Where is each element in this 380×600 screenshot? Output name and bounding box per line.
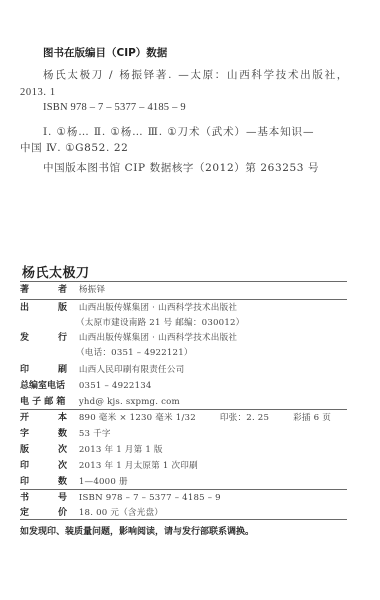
- price-label: 定价: [20, 506, 76, 520]
- isbn-value: ISBN 978 – 7 – 5377 – 4185 – 9: [79, 491, 221, 505]
- cip-isbn-line: ISBN 978 – 7 – 5377 – 4185 – 9: [43, 102, 186, 113]
- email-value: yhd@ kjs. sxpmg. com: [79, 395, 180, 409]
- book-title: 杨氏太极刀: [22, 262, 90, 281]
- cip-classification-line: Ⅰ. ①杨… Ⅱ. ①杨… Ⅲ. ①刀术（武术）—基本知识—: [43, 124, 314, 139]
- email-row: 电 子 邮 箱 yhd@ kjs. sxpmg. com: [20, 395, 180, 409]
- editor-phone-value: 0351 – 4922134: [79, 379, 152, 393]
- author-value: 杨振铎: [79, 283, 105, 297]
- print-run-label: 印数: [20, 475, 76, 489]
- format-value: 890 毫米 × 1230 毫米 1/32: [79, 411, 196, 425]
- email-label: 电 子 邮 箱: [20, 395, 76, 409]
- cip-heading: 图书在版编目（CIP）数据: [43, 45, 167, 60]
- price-value: 18. 00 元（含光盘）: [79, 506, 163, 520]
- impression-label: 印次: [20, 459, 76, 473]
- word-count-row: 字数 53 千字: [20, 427, 111, 441]
- distributor-phone: （电话：0351 – 4922121）: [76, 346, 193, 360]
- cip-date-line: 2013. 1: [20, 87, 56, 98]
- plates-value: 彩插 6 页: [293, 411, 331, 425]
- publisher-label: 出版: [20, 301, 76, 315]
- print-run-row: 印数 1—4000 册: [20, 475, 128, 489]
- divider-bottom: [20, 519, 347, 520]
- distributor-label: 发行: [20, 331, 76, 345]
- price-row: 定价 18. 00 元（含光盘）: [20, 506, 163, 520]
- printer-row: 印刷 山西人民印刷有限责任公司: [20, 363, 184, 377]
- cip-classification-line-2: 中国 Ⅳ. ①G852. 22: [20, 140, 128, 155]
- quality-notice: 如发现印、装质量问题，影响阅读，请与发行部联系调换。: [20, 524, 254, 537]
- editor-phone-label: 总编室电话: [20, 379, 76, 393]
- edition-label: 版次: [20, 443, 76, 457]
- impression-row: 印次 2013 年 1 月太原第 1 次印刷: [20, 459, 198, 473]
- edition-value: 2013 年 1 月第 1 版: [79, 443, 163, 457]
- author-label: 著者: [20, 283, 76, 297]
- word-count-label: 字数: [20, 427, 76, 441]
- cip-record-number: 中国版本图书馆 CIP 数据核字（2012）第 263253 号: [43, 160, 319, 175]
- publisher-row: 出版 山西出版传媒集团 · 山西科学技术出版社: [20, 301, 237, 315]
- format-label: 开本: [20, 411, 76, 425]
- format-row: 开本 890 毫米 × 1230 毫米 1/32印张：2. 25彩插 6 页: [20, 411, 331, 425]
- distributor-value: 山西出版传媒集团 · 山西科学技术出版社: [79, 331, 237, 345]
- publisher-address-row: （太原市建设南路 21 号 邮编：030012）: [76, 316, 244, 330]
- isbn-label: 书号: [20, 491, 76, 505]
- impression-value: 2013 年 1 月太原第 1 次印刷: [79, 459, 198, 473]
- printer-value: 山西人民印刷有限责任公司: [79, 363, 185, 377]
- cip-title-line: 杨氏太极刀 / 杨振铎著. —太原：山西科学技术出版社，: [43, 67, 349, 82]
- editor-phone-row: 总编室电话 0351 – 4922134: [20, 379, 152, 393]
- word-count-value: 53 千字: [79, 427, 111, 441]
- publisher-value: 山西出版传媒集团 · 山西科学技术出版社: [79, 301, 237, 315]
- edition-row: 版次 2013 年 1 月第 1 版: [20, 443, 163, 457]
- distributor-phone-row: （电话：0351 – 4922121）: [76, 346, 193, 360]
- print-run-value: 1—4000 册: [79, 475, 128, 489]
- publisher-address: （太原市建设南路 21 号 邮编：030012）: [76, 316, 244, 330]
- sheets-value: 印张：2. 25: [220, 411, 269, 425]
- distributor-row: 发行 山西出版传媒集团 · 山西科学技术出版社: [20, 331, 237, 345]
- author-row: 著者 杨振铎: [20, 283, 105, 297]
- isbn-row: 书号 ISBN 978 – 7 – 5377 – 4185 – 9: [20, 491, 221, 505]
- printer-label: 印刷: [20, 363, 76, 377]
